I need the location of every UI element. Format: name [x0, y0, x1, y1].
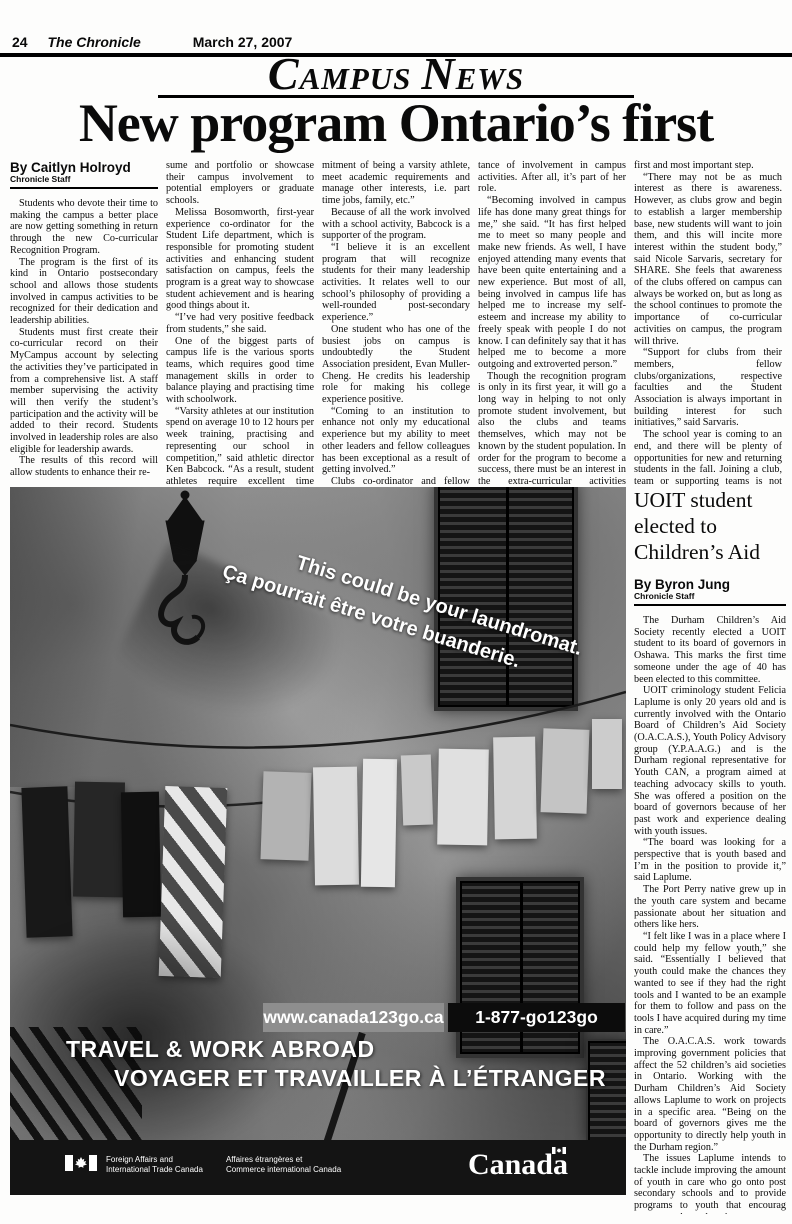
- paragraph: The program is the first of its kind in …: [10, 257, 158, 327]
- paragraph: The school year is coming to an end, and…: [634, 429, 782, 486]
- newspaper-page: 24 The Chronicle March 27, 2007 CAMPUSNE…: [0, 0, 792, 1224]
- clothes-gray-tee: [260, 771, 311, 861]
- paragraph: The O.A.C.A.S. work towards improving go…: [634, 1036, 786, 1153]
- clothes-small-cloth: [401, 754, 433, 825]
- paragraph: Though the recognition program is only i…: [478, 371, 626, 486]
- ad-title-french: VOYAGER ET TRAVAILLER À L’ÉTRANGER: [114, 1065, 606, 1092]
- paragraph: Students who devote their time to making…: [10, 198, 158, 257]
- paragraph: “Varsity athletes at our institution spe…: [166, 406, 314, 486]
- clothes-white-pants: [361, 759, 397, 888]
- paragraph: “I’ve had very positive feedback from st…: [166, 312, 314, 335]
- article-column-5: first and most important step.“There may…: [634, 160, 782, 486]
- dept-name-french: Affaires étrangères et Commerce internat…: [226, 1155, 341, 1175]
- article-column-1-body: Students who devote their time to making…: [10, 198, 158, 479]
- paragraph: tance of involvement in campus activitie…: [478, 160, 626, 195]
- dept-fr-line1: Affaires étrangères et: [226, 1155, 341, 1165]
- paragraph: “Coming to an institution to enhance not…: [322, 406, 470, 476]
- paragraph: Clubs co-ordinator and fellow Student As…: [322, 476, 470, 486]
- clothes-dark-jacket: [121, 792, 161, 918]
- ad-website-url: www.canada123go.ca: [263, 1003, 444, 1032]
- paragraph: “The board was looking for a perspective…: [634, 837, 786, 884]
- paragraph: first and most important step.: [634, 160, 782, 172]
- side-byline: By Byron Jung: [634, 577, 786, 592]
- article-column-3: mitment of being a varsity athlete, meet…: [322, 160, 470, 486]
- main-headline: New program Ontario’s first: [0, 94, 792, 152]
- article-column-1: By Caitlyn Holroyd Chronicle Staff Stude…: [10, 160, 158, 486]
- clothes-white-shirt: [313, 767, 359, 886]
- ad-phone-number: 1-877-go123go: [448, 1003, 625, 1032]
- main-article-columns: By Caitlyn Holroyd Chronicle Staff Stude…: [10, 160, 782, 486]
- side-byline-block: By Byron Jung Chronicle Staff: [634, 577, 786, 606]
- travel-work-abroad-ad: This could be your laundromat. Ça pourra…: [10, 487, 626, 1195]
- publication-name: The Chronicle: [47, 34, 140, 50]
- paragraph: “There may not be as much interest as th…: [634, 172, 782, 348]
- paragraph: “I believe it is an excellent program th…: [322, 242, 470, 324]
- clothes-light-cloth-2: [592, 719, 622, 789]
- paragraph: sume and portfolio or showcase their cam…: [166, 160, 314, 207]
- article-column-4: tance of involvement in campus activitie…: [478, 160, 626, 486]
- paragraph: The Port Perry native grew up in the you…: [634, 884, 786, 931]
- side-article-body: The Durham Children’s Aid Society recent…: [634, 615, 786, 1214]
- paragraph: Students must first create their co-curr…: [10, 327, 158, 456]
- dept-en-line2: International Trade Canada: [106, 1165, 203, 1175]
- clothes-white-shirt-2: [437, 749, 489, 846]
- side-article-headline: UOIT student elected to Children’s Aid: [634, 487, 786, 565]
- side-article: UOIT student elected to Children’s Aid B…: [634, 487, 786, 1214]
- paragraph: The results of this record will allow st…: [10, 455, 158, 478]
- paragraph: “I felt like I was in a place where I co…: [634, 931, 786, 1036]
- ad-footer-band: Foreign Affairs and International Trade …: [10, 1140, 626, 1195]
- ad-title-english: TRAVEL & WORK ABROAD: [66, 1036, 375, 1063]
- clothes-dark-pants: [21, 786, 72, 938]
- main-byline-title: Chronicle Staff: [10, 175, 158, 184]
- clothes-dark-shirt: [73, 782, 125, 898]
- paragraph: “Support for clubs from their members, f…: [634, 347, 782, 429]
- wordmark-flag-icon: [552, 1147, 566, 1154]
- clothes-light-cloth: [541, 728, 590, 814]
- main-byline-block: By Caitlyn Holroyd Chronicle Staff: [10, 160, 158, 189]
- paragraph: The Durham Children’s Aid Society recent…: [634, 615, 786, 685]
- paragraph: One of the biggest parts of campus life …: [166, 336, 314, 406]
- side-byline-title: Chronicle Staff: [634, 592, 786, 601]
- paragraph: One student who has one of the busiest j…: [322, 324, 470, 406]
- paragraph: “Becoming involved in campus life has do…: [478, 195, 626, 371]
- paragraph: Melissa Bosomworth, first-year experienc…: [166, 207, 314, 312]
- paragraph: The issues Laplume intends to tackle inc…: [634, 1153, 786, 1214]
- paragraph: Because of all the work involved with a …: [322, 207, 470, 242]
- paragraph: mitment of being a varsity athlete, meet…: [322, 160, 470, 207]
- main-byline: By Caitlyn Holroyd: [10, 160, 158, 175]
- dept-fr-line2: Commerce international Canada: [226, 1165, 341, 1175]
- dept-name-english: Foreign Affairs and International Trade …: [106, 1155, 203, 1175]
- clothes-white-sheet: [493, 737, 537, 840]
- page-number: 24: [12, 34, 28, 50]
- paragraph: UOIT criminology student Felicia Laplume…: [634, 685, 786, 837]
- government-signature: Foreign Affairs and International Trade …: [65, 1155, 355, 1175]
- dept-en-line1: Foreign Affairs and: [106, 1155, 203, 1165]
- page-header: 24 The Chronicle March 27, 2007: [12, 34, 782, 52]
- canada-flag-icon: [65, 1155, 97, 1171]
- article-column-2: sume and portfolio or showcase their cam…: [166, 160, 314, 486]
